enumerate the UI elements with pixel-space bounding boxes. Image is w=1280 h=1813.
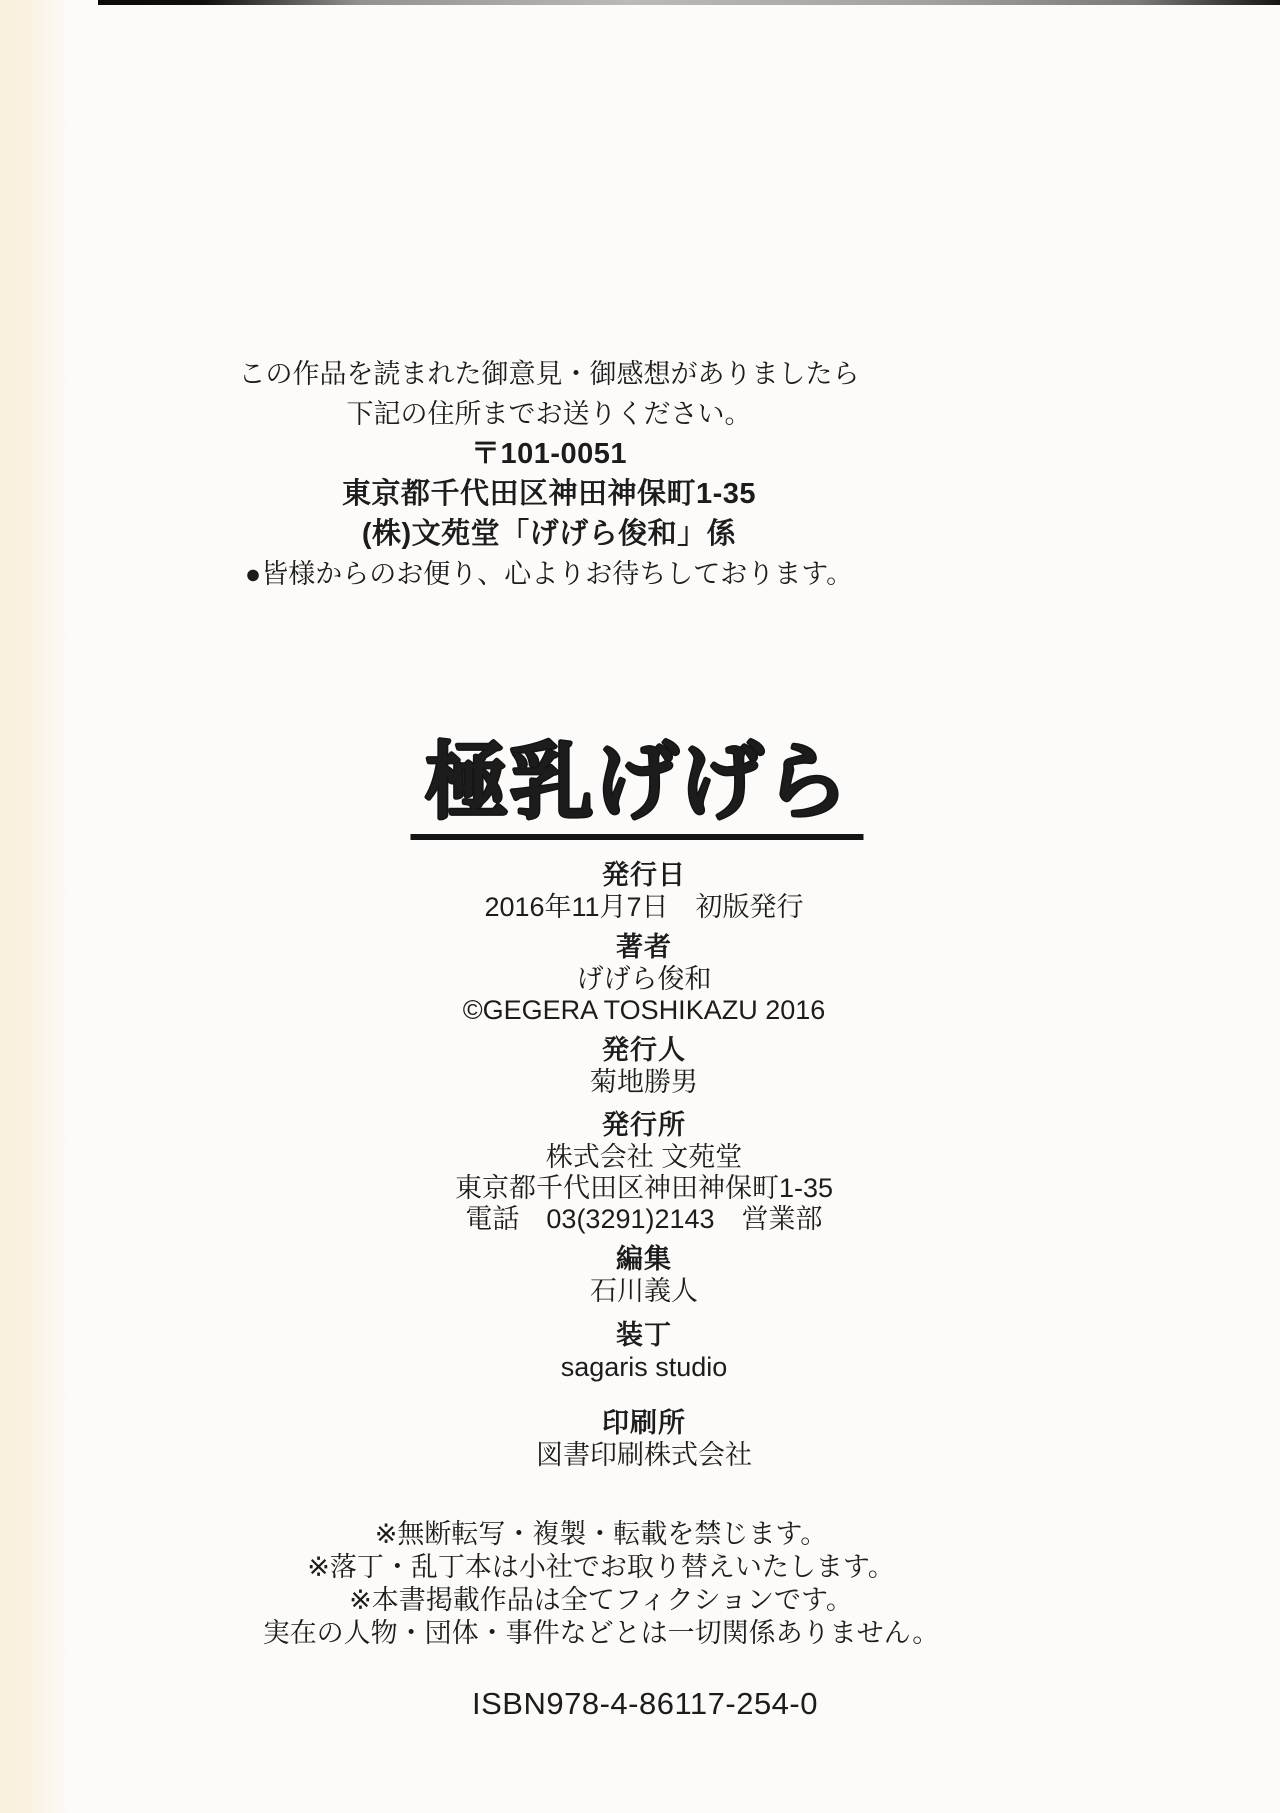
isbn: ISBN978-4-86117-254-0 <box>472 1686 818 1722</box>
colophon-heading: 発行人 <box>590 1033 698 1067</box>
publishing-house-address: 東京都千代田区神田神保町1-35 <box>455 1173 833 1204</box>
colophon-section-publisher-person: 発行人 菊地勝男 <box>590 1033 698 1098</box>
notice-line: ※無断転写・複製・転載を禁じます。 <box>263 1518 940 1551</box>
book-designer-name: sagaris studio <box>561 1352 728 1383</box>
colophon-heading: 印刷所 <box>536 1406 752 1440</box>
scan-top-edge <box>98 0 1280 5</box>
colophon-section-editor: 編集 石川義人 <box>590 1242 698 1307</box>
copyright-line: ©GEGERA TOSHIKAZU 2016 <box>463 995 826 1026</box>
publication-date: 2016年11月7日 初版発行 <box>484 892 803 923</box>
publisher-person-name: 菊地勝男 <box>590 1067 698 1098</box>
colophon-section-publishing-house: 発行所 株式会社 文苑堂 東京都千代田区神田神保町1-35 電話 03(3291… <box>455 1108 833 1235</box>
colophon-section-book-design: 装丁 sagaris studio <box>561 1318 728 1383</box>
feedback-line-2: 下記の住所までお送りください。 <box>239 394 860 434</box>
colophon-heading: 発行日 <box>484 858 803 892</box>
publishing-house-name: 株式会社 文苑堂 <box>455 1142 833 1173</box>
colophon-page: この作品を読まれた御意見・御感想がありましたら 下記の住所までお送りください。 … <box>0 0 1280 1813</box>
mail-recipient: (株)文苑堂「げげら俊和」係 <box>239 514 860 554</box>
publishing-house-phone: 電話 03(3291)2143 営業部 <box>455 1204 833 1235</box>
colophon-heading: 著者 <box>463 930 826 964</box>
book-edge-strip <box>0 0 72 1813</box>
author-name: げげら俊和 <box>463 964 826 995</box>
colophon-section-printer: 印刷所 図書印刷株式会社 <box>536 1406 752 1471</box>
colophon-section-publication-date: 発行日 2016年11月7日 初版発行 <box>484 858 803 923</box>
postal-code: 〒101-0051 <box>239 434 860 474</box>
publisher-address: 東京都千代田区神田神保町1-35 <box>239 474 860 514</box>
legal-notices: ※無断転写・複製・転載を禁じます。 ※落丁・乱丁本は小社でお取り替えいたします。… <box>263 1518 940 1650</box>
notice-line: ※落丁・乱丁本は小社でお取り替えいたします。 <box>263 1551 940 1584</box>
notice-line: 実在の人物・団体・事件などとは一切関係ありません。 <box>263 1617 940 1650</box>
feedback-line-1: この作品を読まれた御意見・御感想がありましたら <box>239 354 860 394</box>
reader-feedback-block: この作品を読まれた御意見・御感想がありましたら 下記の住所までお送りください。 … <box>239 354 860 594</box>
colophon-heading: 装丁 <box>561 1318 728 1352</box>
colophon-heading: 発行所 <box>455 1108 833 1142</box>
title-block: 極乳げげら <box>410 736 863 840</box>
printer-name: 図書印刷株式会社 <box>536 1440 752 1471</box>
notice-line: ※本書掲載作品は全てフィクションです。 <box>263 1584 940 1617</box>
colophon-section-author: 著者 げげら俊和 ©GEGERA TOSHIKAZU 2016 <box>463 930 826 1026</box>
colophon-heading: 編集 <box>590 1242 698 1276</box>
editor-name: 石川義人 <box>590 1276 698 1307</box>
book-title: 極乳げげら <box>410 736 863 840</box>
feedback-note: ●皆様からのお便り、心よりお待ちしております。 <box>239 554 860 594</box>
